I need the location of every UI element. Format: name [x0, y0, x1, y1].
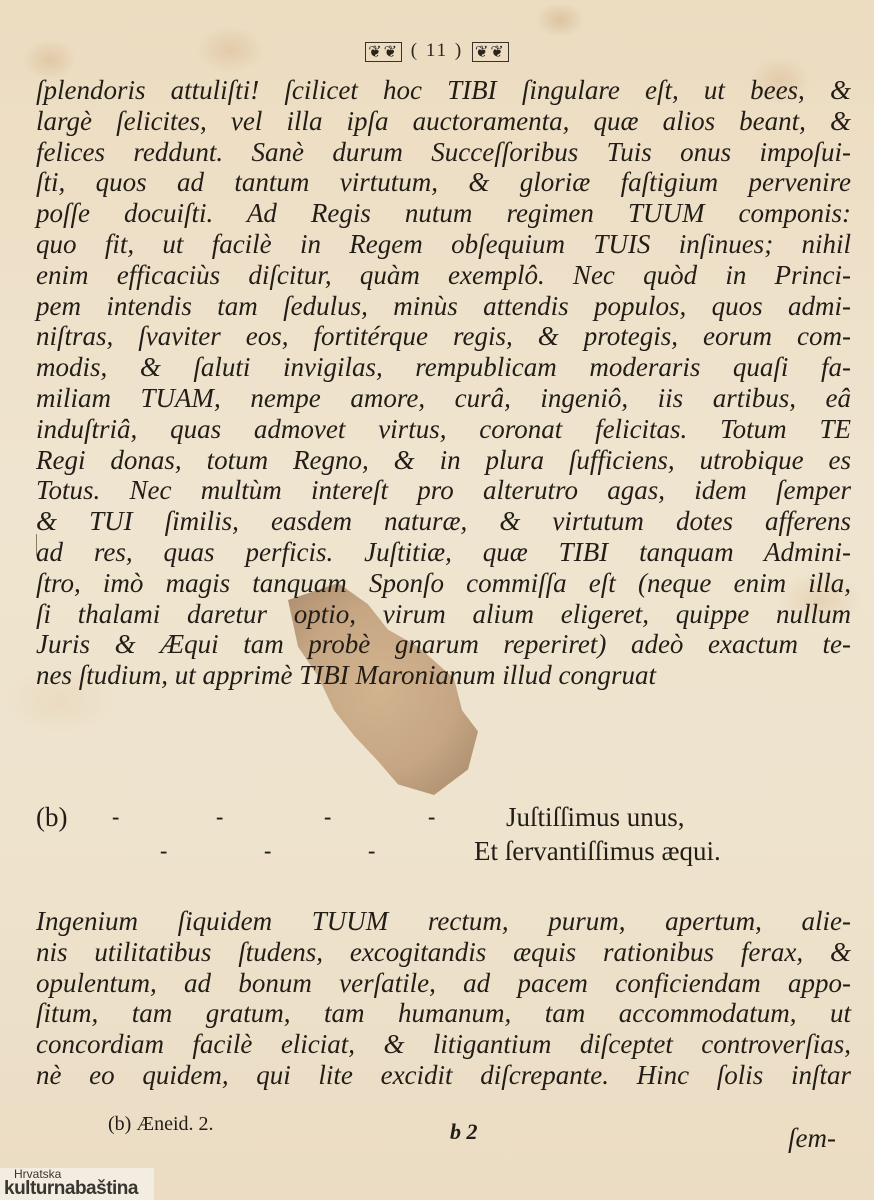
text-line: miliam TUAM, nempe amore, curâ, ingeniô,… — [36, 383, 851, 414]
text-line: largè ſelicites, vel illa ipſa auctorame… — [36, 106, 851, 137]
text-line: nes ſtudium, ut apprimè TIBI Maronianum … — [36, 660, 851, 691]
text-line: Regi donas, totum Regno, & in plura ſuff… — [36, 445, 851, 476]
dash: - — [216, 800, 223, 834]
text-line: Ingenium ſiquidem TUUM rectum, purum, ap… — [36, 906, 851, 937]
catchword: ſem- — [788, 1123, 836, 1154]
text-line: concordiam facilè eliciat, & litigantium… — [36, 1029, 851, 1060]
dash: - — [112, 800, 119, 834]
text-line: niſtras, ſvaviter eos, fortitérque regis… — [36, 321, 851, 352]
text-line: induſtriâ, quas admovet virtus, coronat … — [36, 414, 851, 445]
page-header: ❦❦ ( 11 ) ❦❦ — [0, 40, 874, 62]
text-line: ſplendoris attuliſti! ſcilicet hoc TIBI … — [36, 75, 851, 106]
body-paragraph-1: ſplendoris attuliſti! ſcilicet hoc TIBI … — [36, 75, 851, 691]
body-paragraph-2: Ingenium ſiquidem TUUM rectum, purum, ap… — [36, 906, 851, 1091]
text-line: ſtro, imò magis tanquam Sponſo commiſſa … — [36, 568, 851, 599]
text-line: Juris & Æqui tam probè gnarum reperiret)… — [36, 629, 851, 660]
text-line: ſi thalami daretur optio, virum alium el… — [36, 599, 851, 630]
signature-mark: b 2 — [450, 1119, 478, 1145]
text-line: ad res, quas perficis. Juſtitiæ, quæ TIB… — [36, 537, 851, 568]
text-line: pem intendis tam ſedulus, minùs attendis… — [36, 291, 851, 322]
text-line: felices reddunt. Sanè durum Succeſſoribu… — [36, 137, 851, 168]
dash: - — [264, 834, 271, 868]
verse-line-2: Et ſervantiſſimus æqui. — [474, 834, 721, 868]
dash: - — [160, 834, 167, 868]
text-line: Totus. Nec multùm intereſt pro alterutro… — [36, 475, 851, 506]
ornament-left-icon: ❦❦ — [365, 42, 402, 62]
text-line: enim efficaciùs diſcitur, quàm exemplô. … — [36, 260, 851, 291]
text-line: poſſe docuiſti. Ad Regis nutum regimen T… — [36, 198, 851, 229]
text-line: ſti, quos ad tantum virtutum, & gloriæ f… — [36, 167, 851, 198]
ornament-right-icon: ❦❦ — [472, 42, 509, 62]
dash: - — [428, 800, 435, 834]
page-number: ( 11 ) — [411, 40, 463, 61]
verse-line-1: Juſtiſſimus unus, — [506, 800, 685, 834]
watermark-line-2: kulturnabaština — [4, 1179, 138, 1199]
footnote-reference: (b) — [36, 800, 67, 834]
text-line: ſitum, tam gratum, tam humanum, tam acco… — [36, 998, 851, 1029]
text-line: quo fit, ut facilè in Regem obſequium TU… — [36, 229, 851, 260]
text-line: opulentum, ad bonum verſatile, ad pacem … — [36, 968, 851, 999]
text-line: & TUI ſimilis, easdem naturæ, & virtutum… — [36, 506, 851, 537]
text-line: modis, & ſaluti invigilas, rempublicam m… — [36, 352, 851, 383]
text-line: nè eo quidem, qui lite excidit diſcrepan… — [36, 1060, 851, 1091]
dash: - — [324, 800, 331, 834]
dash: - — [368, 834, 375, 868]
watermark-logo: Hrvatska kulturnabaština — [0, 1168, 154, 1200]
footnote: (b) Æneid. 2. — [108, 1113, 214, 1136]
text-line: nis utilitatibus ſtudens, excogitandis æ… — [36, 937, 851, 968]
page-footer: (b) Æneid. 2. b 2 ſem- — [0, 1113, 874, 1153]
verse-quotation: (b) - - - - Juſtiſſimus unus, - - - Et ſ… — [36, 800, 851, 868]
